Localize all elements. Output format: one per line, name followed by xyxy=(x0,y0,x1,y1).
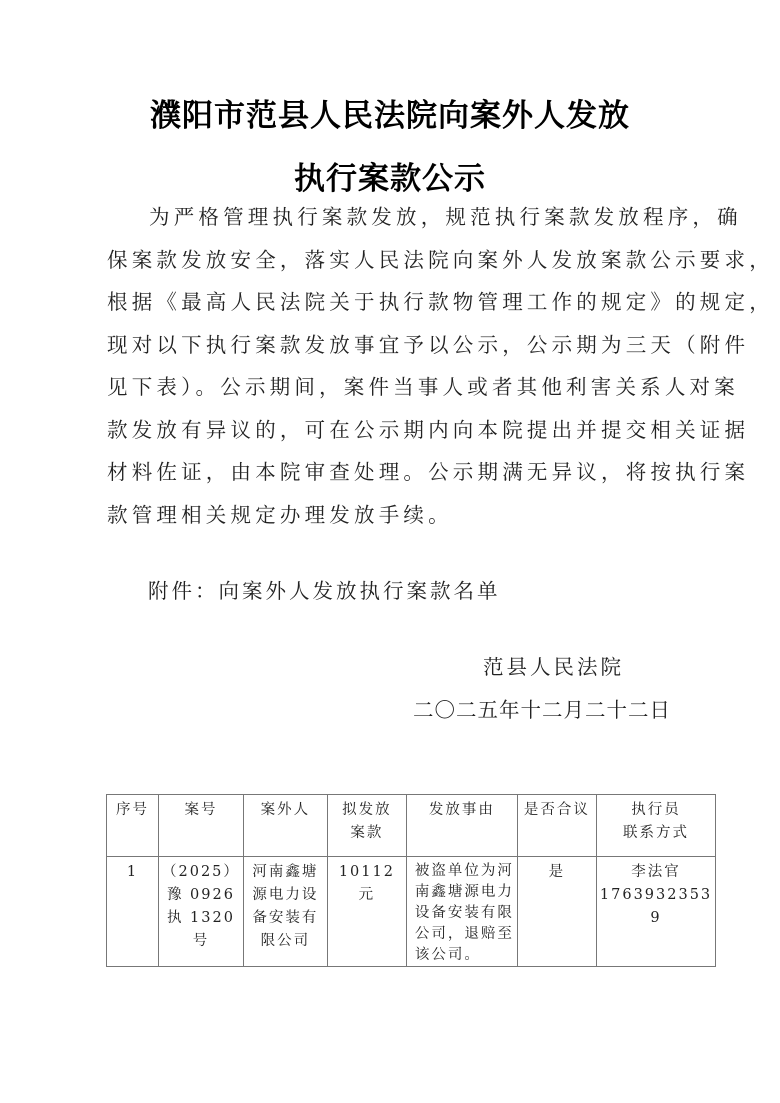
cell-reason: 被盗单位为河 南鑫塘源电力 设备安装有限 公司，退赔至 该公司。 xyxy=(406,857,517,967)
signature-organization: 范县人民法院 xyxy=(483,650,624,680)
header-amount: 拟发放案款 xyxy=(327,795,406,857)
header-index: 序号 xyxy=(107,795,159,857)
header-reason: 发放事由 xyxy=(406,795,517,857)
header-officer-contact: 执行员联系方式 xyxy=(596,795,715,857)
cell-collegiate: 是 xyxy=(517,857,596,967)
attachment-note: 附件：向案外人发放执行案款名单 xyxy=(148,574,501,604)
body-line: 根据《最高人民法院关于执行款物管理工作的规定》的规定， xyxy=(107,281,692,324)
body-line: 款发放有异议的，可在公示期内向本院提出并提交相关证据 xyxy=(107,409,692,452)
header-collegiate: 是否合议 xyxy=(517,795,596,857)
table-header-row: 序号 案号 案外人 拟发放案款 发放事由 是否合议 执行员联系方式 xyxy=(107,795,716,857)
header-case-number: 案号 xyxy=(159,795,244,857)
cell-index: 1 xyxy=(107,857,159,967)
header-payee: 案外人 xyxy=(243,795,327,857)
body-line: 材料佐证，由本院审查处理。公示期满无异议，将按执行案 xyxy=(107,451,692,494)
table-row: 1 （2025） 豫 0926 执 1320 号 河南鑫塘 源电力设 备安装有 … xyxy=(107,857,716,967)
document-title-line-2: 执行案款公示 xyxy=(0,153,780,198)
cell-officer-contact: 李法官 1763932353 9 xyxy=(596,857,715,967)
cell-payee: 河南鑫塘 源电力设 备安装有 限公司 xyxy=(243,857,327,967)
cell-amount: 10112 元 xyxy=(327,857,406,967)
body-line: 款管理相关规定办理发放手续。 xyxy=(107,494,692,537)
body-line: 为严格管理执行案款发放，规范执行案款发放程序，确 xyxy=(107,196,692,239)
body-line: 见下表）。公示期间，案件当事人或者其他利害关系人对案 xyxy=(107,366,692,409)
document-title-line-1: 濮阳市范县人民法院向案外人发放 xyxy=(0,90,780,135)
notice-body: 为严格管理执行案款发放，规范执行案款发放程序，确 保案款发放安全，落实人民法院向… xyxy=(107,196,692,536)
signature-date: 二〇二五年十二月二十二日 xyxy=(413,693,671,723)
cell-case-number: （2025） 豫 0926 执 1320 号 xyxy=(159,857,244,967)
body-line: 现对以下执行案款发放事宜予以公示，公示期为三天（附件 xyxy=(107,324,692,367)
payout-roster-table: 序号 案号 案外人 拟发放案款 发放事由 是否合议 执行员联系方式 1 （202… xyxy=(106,794,716,967)
body-line: 保案款发放安全，落实人民法院向案外人发放案款公示要求， xyxy=(107,239,692,282)
